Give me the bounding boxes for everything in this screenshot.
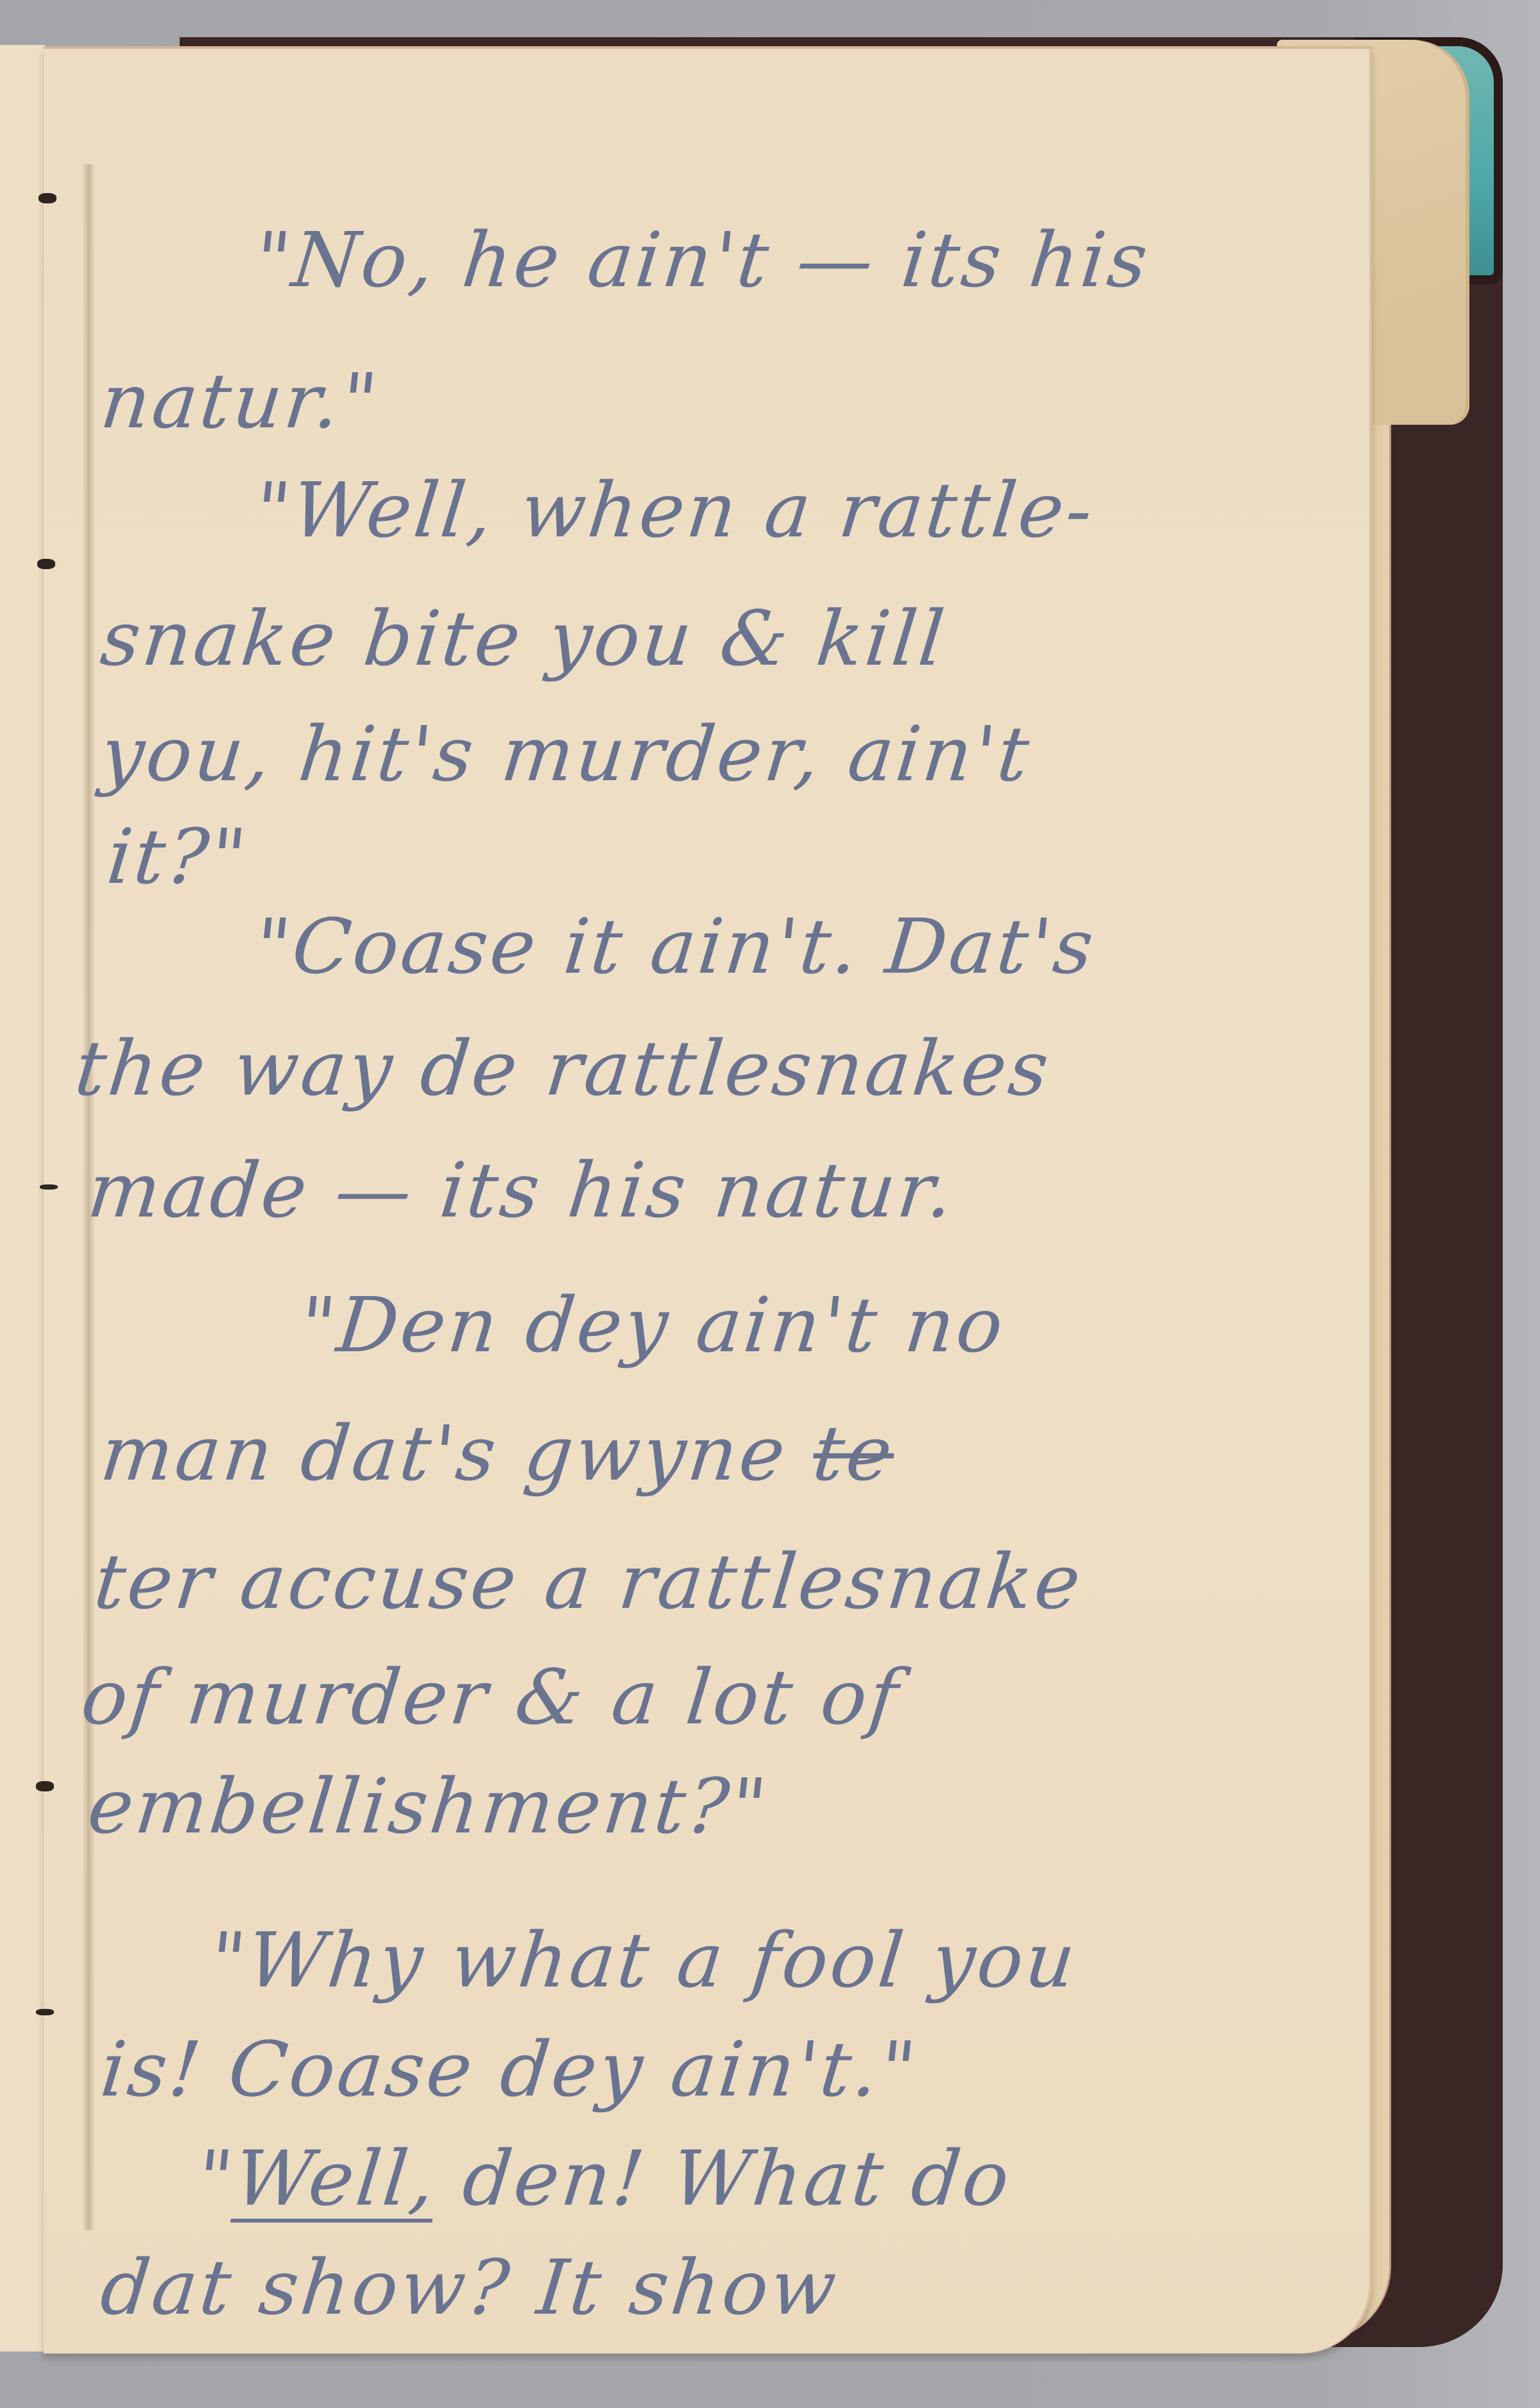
handwritten-line: ter accuse a rattlesnake: [91, 1544, 1086, 1619]
handwritten-text: den! What do: [432, 2134, 1016, 2223]
handwritten-line: it?": [104, 819, 252, 894]
facing-page-edge: [0, 45, 46, 2352]
binding-stitch-hole: [40, 1184, 58, 1190]
handwritten-line: snake bite you & kill: [98, 601, 950, 676]
handwritten-line: "Well, when a rattle-: [252, 472, 1099, 548]
handwritten-line: is! Coase dey ain't.": [98, 2031, 921, 2107]
handwritten-line: "Why what a fool you: [207, 1922, 1081, 1998]
handwritten-line: embellishment?": [85, 1768, 773, 1844]
handwritten-line: "Coase it ain't. Dat's: [252, 909, 1099, 984]
binding-stitch-hole: [37, 559, 55, 569]
handwritten-line: natur.": [98, 363, 383, 439]
handwritten-line: made — its his natur.: [85, 1152, 959, 1228]
binding-stitch-hole: [36, 1781, 54, 1791]
binding-stitch-hole: [38, 193, 56, 203]
handwritten-line: of murder & a lot of: [78, 1659, 904, 1735]
handwritten-line: man dat's gwyne te: [98, 1415, 898, 1491]
struck-out-word: te: [809, 1409, 899, 1498]
handwritten-line: "Den dey ain't no: [296, 1287, 1009, 1363]
handwritten-line: "Well, den! What do: [194, 2140, 1015, 2216]
handwritten-line: "No, he ain't — its his: [252, 222, 1154, 298]
handwritten-line: dat show? It show: [98, 2250, 843, 2325]
handwritten-text: man dat's gwyne: [97, 1409, 792, 1498]
binding-stitch-hole: [36, 2009, 54, 2015]
notebook-page: "No, he ain't — its his natur." "Well, w…: [44, 46, 1372, 2353]
underlined-word: Well,: [230, 2134, 441, 2223]
handwritten-line: you, hit's murder, ain't: [98, 716, 1035, 792]
handwritten-line: the way de rattlesnakes: [72, 1030, 1055, 1106]
